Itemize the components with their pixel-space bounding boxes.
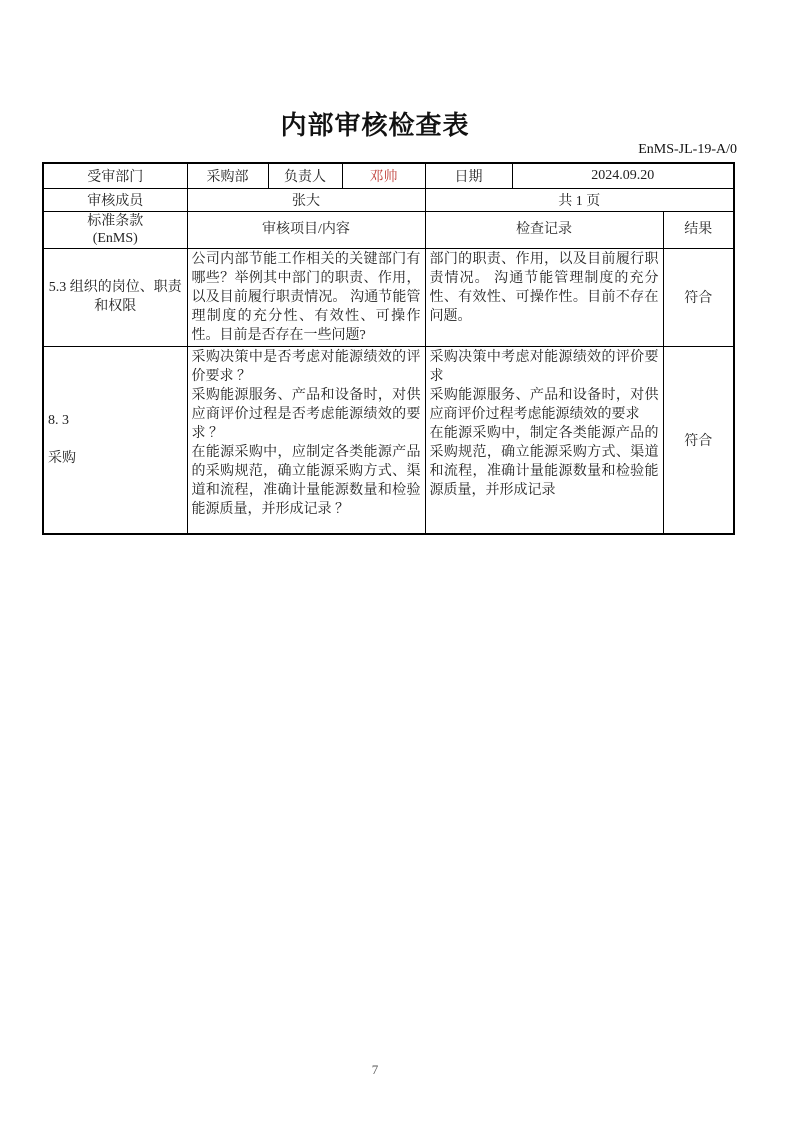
- row-8-3-item: 采购决策中是否考虑对能源绩效的评价要求 ？ 采购能源服务、产品和设备时，对供应商…: [187, 346, 425, 534]
- audited-dept-label: 受审部门: [43, 163, 187, 188]
- date-label: 日期: [425, 163, 512, 188]
- date-value: 2024.09.20: [512, 163, 734, 188]
- responsible-value: 邓帅: [342, 163, 425, 188]
- responsible-label: 负责人: [268, 163, 342, 188]
- total-pages: 共 1 页: [425, 188, 734, 211]
- page-number: 7: [0, 1062, 750, 1078]
- header-item: 审核项目/内容: [187, 211, 425, 248]
- table-header-row: 标准条款 (EnMS) 审核项目/内容 检查记录 结果: [43, 211, 734, 248]
- row-5-3-record: 部门的职责、作用，以及目前履行职责情况。 沟通节能管理制度的充分性、有效性、可操…: [425, 248, 663, 346]
- row-8-3-clause: 8. 3 采购: [43, 346, 187, 534]
- audited-dept-value: 采购部: [187, 163, 268, 188]
- row-5-3-item: 公司内部节能工作相关的关键部门有哪些？举例其中部门的职责、作用，以及目前履行职责…: [187, 248, 425, 346]
- header-result: 结果: [663, 211, 734, 248]
- table-row-5-3: 5.3 组织的岗位、职责和权限 公司内部节能工作相关的关键部门有哪些？举例其中部…: [43, 248, 734, 346]
- document-page: 内部审核检查表 EnMS-JL-19-A/0 受审部门 采购部 负责人 邓帅 日…: [0, 0, 800, 1131]
- doc-code: EnMS-JL-19-A/0: [0, 141, 737, 159]
- row-8-3-record: 采购决策中考虑对能源绩效的评价要求 采购能源服务、产品和设备时，对供应商评价过程…: [425, 346, 663, 534]
- row-5-3-clause: 5.3 组织的岗位、职责和权限: [43, 248, 187, 346]
- header-clause: 标准条款 (EnMS): [43, 211, 187, 248]
- audit-table: 受审部门 采购部 负责人 邓帅 日期 2024.09.20 审核成员 张大 共 …: [42, 162, 735, 535]
- info-row-2: 审核成员 张大 共 1 页: [43, 188, 734, 211]
- table-row-8-3: 8. 3 采购 采购决策中是否考虑对能源绩效的评价要求 ？ 采购能源服务、产品和…: [43, 346, 734, 534]
- audit-members-label: 审核成员: [43, 188, 187, 211]
- info-row-1: 受审部门 采购部 负责人 邓帅 日期 2024.09.20: [43, 163, 734, 188]
- audit-members-value: 张大: [187, 188, 425, 211]
- row-5-3-result: 符合: [663, 248, 734, 346]
- row-8-3-result: 符合: [663, 346, 734, 534]
- page-title: 内部审核检查表: [0, 108, 750, 144]
- header-record: 检查记录: [425, 211, 663, 248]
